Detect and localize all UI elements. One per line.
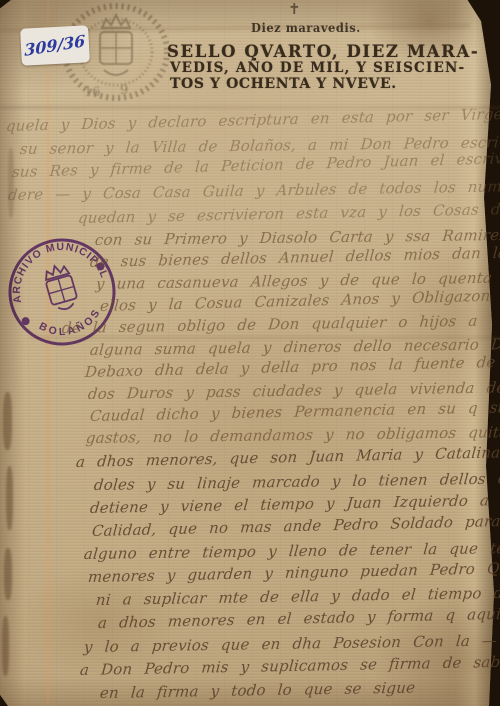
gothic-denomination-line: Diez maravedis.: [251, 21, 361, 36]
stamp-printed-line-3: TOS Y OCHENTA Y NVEVE.: [170, 76, 397, 92]
ink-bleed-mark: [3, 392, 12, 450]
stamp-printed-line-1: SELLO QVARTO, DIEZ MARA-: [167, 42, 479, 61]
ink-bleed-mark: [4, 548, 12, 600]
archive-sticker: 309/36: [20, 25, 90, 66]
ink-bleed-mark: [2, 616, 9, 676]
seal-year-right: 9: [120, 83, 128, 98]
seal-year-left: 16: [84, 85, 101, 100]
ink-bleed-mark: [8, 148, 14, 218]
document-photo: 16 9 ✝ Diez maravedis. SELLO QVARTO, DIE…: [0, 0, 500, 706]
stamp-printed-line-2: VEDIS, AÑO DE MIL, Y SEISCIEN-: [170, 60, 465, 76]
ink-bleed-mark: [6, 466, 13, 530]
archive-number: 309/36: [24, 31, 85, 60]
cross-mark-icon: ✝: [288, 0, 301, 18]
